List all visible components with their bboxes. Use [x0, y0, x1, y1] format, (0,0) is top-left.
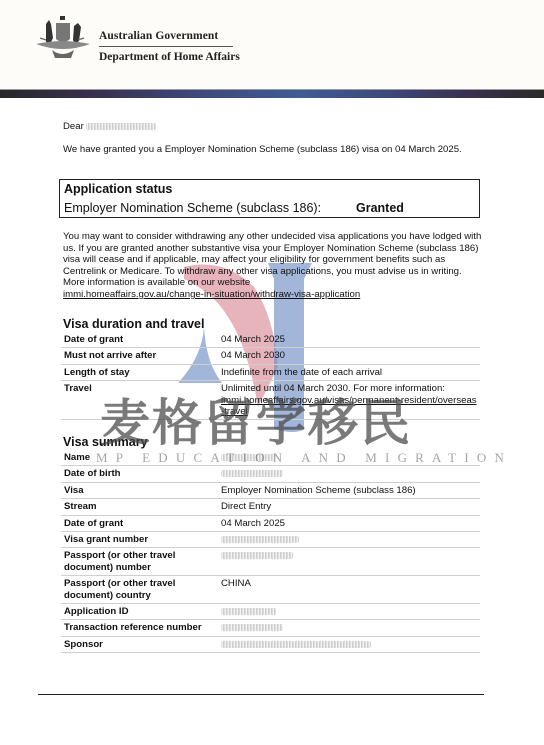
redacted-value	[221, 470, 283, 477]
visa-summary-table: NameDate of birthVisaEmployer Nomination…	[61, 450, 480, 653]
status-badge: Granted	[356, 201, 404, 215]
row-label: Date of grant	[61, 515, 218, 531]
table-row: Date of grant04 March 2025	[61, 515, 480, 531]
table-row: StreamDirect Entry	[61, 499, 480, 515]
row-value: 04 March 2025	[218, 332, 480, 348]
table-row: Date of birth	[61, 466, 480, 482]
row-label: Transaction reference number	[61, 620, 218, 636]
salutation: Dear	[63, 121, 156, 133]
overseas-travel-link[interactable]: immi.homeaffairs.gov.au/visas/permanent-…	[221, 395, 477, 417]
row-value	[218, 548, 480, 576]
row-value	[218, 450, 480, 466]
row-label: Date of grant	[61, 332, 218, 348]
row-value	[218, 466, 480, 482]
row-label: Length of stay	[61, 364, 218, 380]
table-row: TravelUnlimited until 04 March 2030. For…	[61, 381, 480, 420]
redacted-value	[221, 608, 276, 615]
redacted-value	[221, 454, 276, 461]
row-label: Application ID	[61, 604, 218, 620]
table-row: Length of stayIndefinite from the date o…	[61, 364, 480, 380]
row-label: Sponsor	[61, 636, 218, 652]
grant-intro: We have granted you a Employer Nominatio…	[63, 144, 473, 156]
redacted-name	[86, 123, 156, 130]
row-value: 04 March 2030	[218, 348, 480, 364]
redacted-value	[221, 624, 283, 631]
row-value	[218, 620, 480, 636]
row-value	[218, 532, 480, 548]
row-value: Unlimited until 04 March 2030. For more …	[218, 381, 480, 420]
table-row: Passport (or other travel document) coun…	[61, 576, 480, 604]
advice-paragraph: You may want to consider withdrawing any…	[63, 231, 483, 301]
table-row: Sponsor	[61, 636, 480, 652]
row-value: Indefinite from the date of each arrival	[218, 364, 480, 380]
table-row: VisaEmployer Nomination Scheme (subclass…	[61, 482, 480, 498]
row-value	[218, 604, 480, 620]
coat-of-arms-icon	[32, 14, 94, 64]
letterhead: Australian Government Department of Home…	[0, 0, 544, 89]
status-visa-name: Employer Nomination Scheme (subclass 186…	[64, 201, 321, 215]
application-status-box: Application status Employer Nomination S…	[59, 179, 480, 218]
header-gradient-bar	[0, 89, 544, 98]
row-value: Direct Entry	[218, 499, 480, 515]
redacted-value	[221, 552, 293, 559]
table-row: Visa grant number	[61, 532, 480, 548]
redacted-value	[221, 641, 371, 648]
footer-divider	[38, 694, 484, 695]
row-value: 04 March 2025	[218, 515, 480, 531]
row-value	[218, 636, 480, 652]
header-divider	[99, 46, 233, 47]
visa-summary-heading: Visa summary	[63, 435, 148, 449]
table-row: Passport (or other travel document) numb…	[61, 548, 480, 576]
table-row: Name	[61, 450, 480, 466]
row-label: Visa	[61, 482, 218, 498]
government-title: Australian Government	[99, 30, 218, 42]
table-row: Must not arrive after04 March 2030	[61, 348, 480, 364]
table-row: Application ID	[61, 604, 480, 620]
status-heading: Application status	[64, 182, 172, 196]
visa-duration-heading: Visa duration and travel	[63, 317, 204, 331]
department-title: Department of Home Affairs	[99, 51, 240, 63]
visa-duration-table: Date of grant04 March 2025Must not arriv…	[61, 332, 480, 420]
row-label: Date of birth	[61, 466, 218, 482]
row-label: Travel	[61, 381, 218, 420]
row-label: Must not arrive after	[61, 348, 218, 364]
row-value: Employer Nomination Scheme (subclass 186…	[218, 482, 480, 498]
row-label: Passport (or other travel document) coun…	[61, 576, 218, 604]
row-label: Name	[61, 450, 218, 466]
row-value: CHINA	[218, 576, 480, 604]
withdraw-visa-link[interactable]: immi.homeaffairs.gov.au/change-in-situat…	[63, 289, 360, 300]
table-row: Date of grant04 March 2025	[61, 332, 480, 348]
row-label: Visa grant number	[61, 532, 218, 548]
table-row: Transaction reference number	[61, 620, 480, 636]
redacted-value	[221, 536, 299, 543]
row-label: Stream	[61, 499, 218, 515]
row-label: Passport (or other travel document) numb…	[61, 548, 218, 576]
